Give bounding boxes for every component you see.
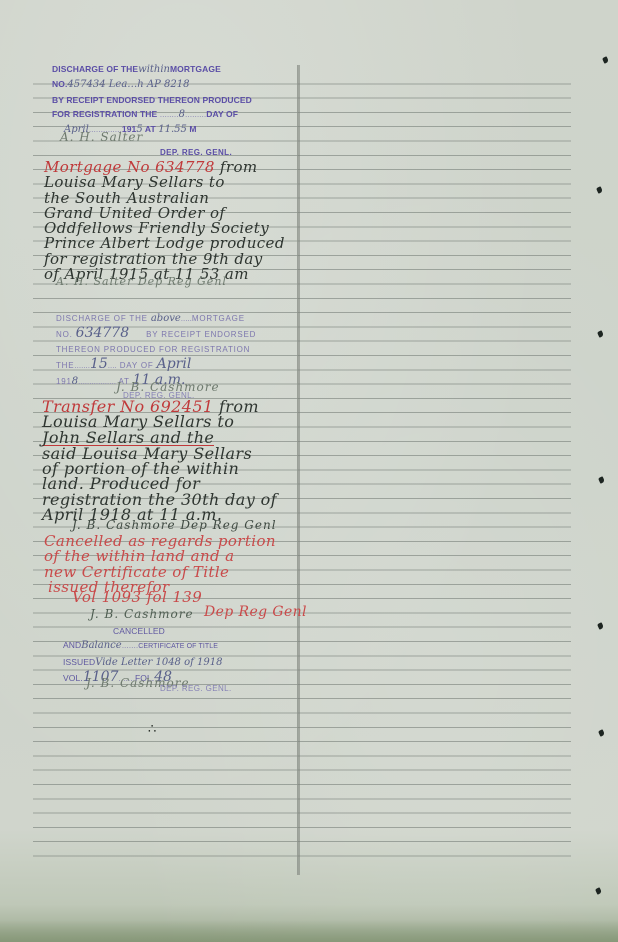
discharge-stamp-1: DISCHARGE OF THEwithinMORTGAGE NO.457434… <box>52 62 252 137</box>
stamp-text: DISCHARGE <box>56 314 111 323</box>
binding-hole-icon <box>598 729 605 737</box>
stamp-text: 191 <box>56 377 72 386</box>
stamp-fill: 15 <box>90 356 108 372</box>
stamp-fill: Balance <box>81 640 121 651</box>
stamp-text: DISCHARGE OF THE <box>52 64 138 74</box>
register-page: DISCHARGE OF THEwithinMORTGAGE NO.457434… <box>0 0 618 942</box>
stamp-fill: 634778 <box>76 325 129 341</box>
stamp-text: THEREON PRODUCED FOR REGISTRATION <box>56 345 250 354</box>
binding-hole-icon <box>596 186 603 194</box>
stamp-text: THE <box>56 361 74 370</box>
stamp-text: CERTIFICATE OF TITLE <box>138 643 218 650</box>
mortgage-entry: Mortgage No 634778 from Louisa Mary Sell… <box>44 160 285 282</box>
column-divider <box>297 65 300 875</box>
stamp-text: NO. <box>52 79 67 89</box>
stamp-text: BY RECEIPT ENDORSED <box>146 330 256 339</box>
signature: A. H. Salter <box>60 130 143 144</box>
ink-blot-icon: ∴ <box>148 722 156 737</box>
stamp-fill: within <box>138 64 170 75</box>
stamp-text: AT <box>145 124 156 134</box>
stamp-text: ISSUED <box>63 657 95 667</box>
stamp-text: MORTGAGE <box>192 314 245 323</box>
signature: J. B. Cashmore Dep Reg Genl <box>72 518 277 532</box>
stamp-fill: above <box>151 313 181 324</box>
stamp-text: VOL. <box>63 673 83 683</box>
stamp-title: CANCELLED <box>113 626 165 636</box>
stamp-text: OF THE <box>114 314 148 323</box>
discharge-stamp-2: DISCHARGE OF THE above.....MORTGAGE NO. … <box>56 312 256 389</box>
stamp-text: NO. <box>56 330 73 339</box>
binding-hole-icon <box>597 330 604 338</box>
signature: A. H. Salter Dep Reg Genl <box>56 275 227 288</box>
stamp-fill: 457434 Lea…h AP 8218 <box>67 79 189 90</box>
stamp-text: M <box>189 124 196 134</box>
signature-title: Dep Reg Genl <box>204 605 307 620</box>
binding-hole-icon <box>598 476 605 484</box>
binding-hole-icon <box>595 887 602 895</box>
stamp-text: DAY OF <box>206 109 238 119</box>
transfer-entry: Transfer No 692451 from Louisa Mary Sell… <box>42 399 277 522</box>
stamp-fill: Vide Letter 1048 of 1918 <box>95 657 222 668</box>
binding-hole-icon <box>597 622 604 630</box>
stamp-text: BY RECEIPT ENDORSED THEREON PRODUCED <box>52 95 252 105</box>
stamp-text: FOR REGISTRATION THE <box>52 109 157 119</box>
dep-reg-genl-stamp: DEP. REG. GENL. <box>160 148 232 157</box>
binding-hole-icon <box>602 56 609 64</box>
stamp-text: DAY OF <box>120 361 154 370</box>
stamp-fill: April <box>157 356 192 372</box>
page-bottom-edge <box>0 920 618 942</box>
cancellation-entry: Cancelled as regards portion of the with… <box>44 534 276 595</box>
volume-folio-ref: Vol 1093 fol 139 <box>72 590 202 605</box>
stamp-fill: 11.55 <box>158 124 187 135</box>
dep-reg-genl-stamp: DEP. REG. GENL. <box>160 684 232 693</box>
stamp-text: AND <box>63 640 81 650</box>
stamp-text: MORTGAGE <box>170 64 221 74</box>
signature: J. B. Cashmore <box>90 607 194 621</box>
